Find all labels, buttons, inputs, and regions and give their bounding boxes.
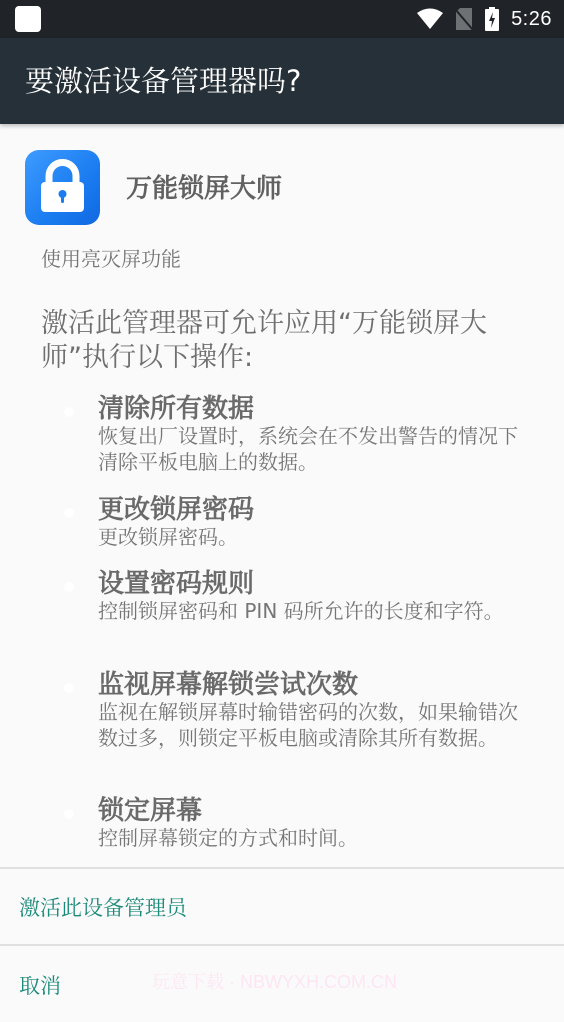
page-title: 要激活设备管理器吗? — [25, 63, 301, 99]
policy-title: 锁定屏幕 — [98, 795, 202, 827]
wifi-icon — [417, 8, 443, 30]
notification-icon — [15, 6, 41, 32]
bullet-icon — [64, 407, 74, 417]
lock-icon — [25, 150, 100, 225]
app-description: 使用亮灭屏功能 — [41, 243, 181, 272]
bullet-icon — [64, 582, 74, 592]
policy-title: 清除所有数据 — [98, 393, 254, 425]
watermark: 玩意下载 · NBWYXH.COM.CN — [152, 968, 397, 994]
policy-description: 恢复出厂设置时，系统会在不发出警告的情况下清除平板电脑上的数据。 — [98, 423, 528, 475]
status-time: 5:26 — [511, 8, 552, 31]
app-bar: 要激活设备管理器吗? — [0, 38, 564, 124]
policy-description: 控制屏幕锁定的方式和时间。 — [98, 825, 528, 851]
bullet-icon — [64, 508, 74, 518]
battery-charging-icon — [485, 7, 499, 31]
policy-title: 监视屏幕解锁尝试次数 — [98, 669, 358, 701]
policy-description: 控制锁屏密码和 PIN 码所允许的长度和字符。 — [98, 598, 528, 624]
app-name: 万能锁屏大师 — [126, 168, 282, 205]
policy-description: 监视在解锁屏幕时输错密码的次数，如果输错次数过多，则锁定平板电脑或清除其所有数据… — [98, 699, 528, 751]
status-icons: 5:26 — [417, 0, 552, 38]
permission-intro: 激活此管理器可允许应用“万能锁屏大师”执行以下操作: — [41, 307, 531, 375]
policy-description: 更改锁屏密码。 — [98, 524, 528, 550]
bullet-icon — [64, 809, 74, 819]
activate-admin-button[interactable]: 激活此设备管理员 — [0, 869, 564, 945]
bullet-icon — [64, 683, 74, 693]
policy-title: 设置密码规则 — [98, 568, 254, 600]
no-sim-icon — [455, 8, 473, 30]
status-bar: 5:26 — [0, 0, 564, 38]
policy-title: 更改锁屏密码 — [98, 494, 254, 526]
app-icon — [25, 150, 100, 225]
